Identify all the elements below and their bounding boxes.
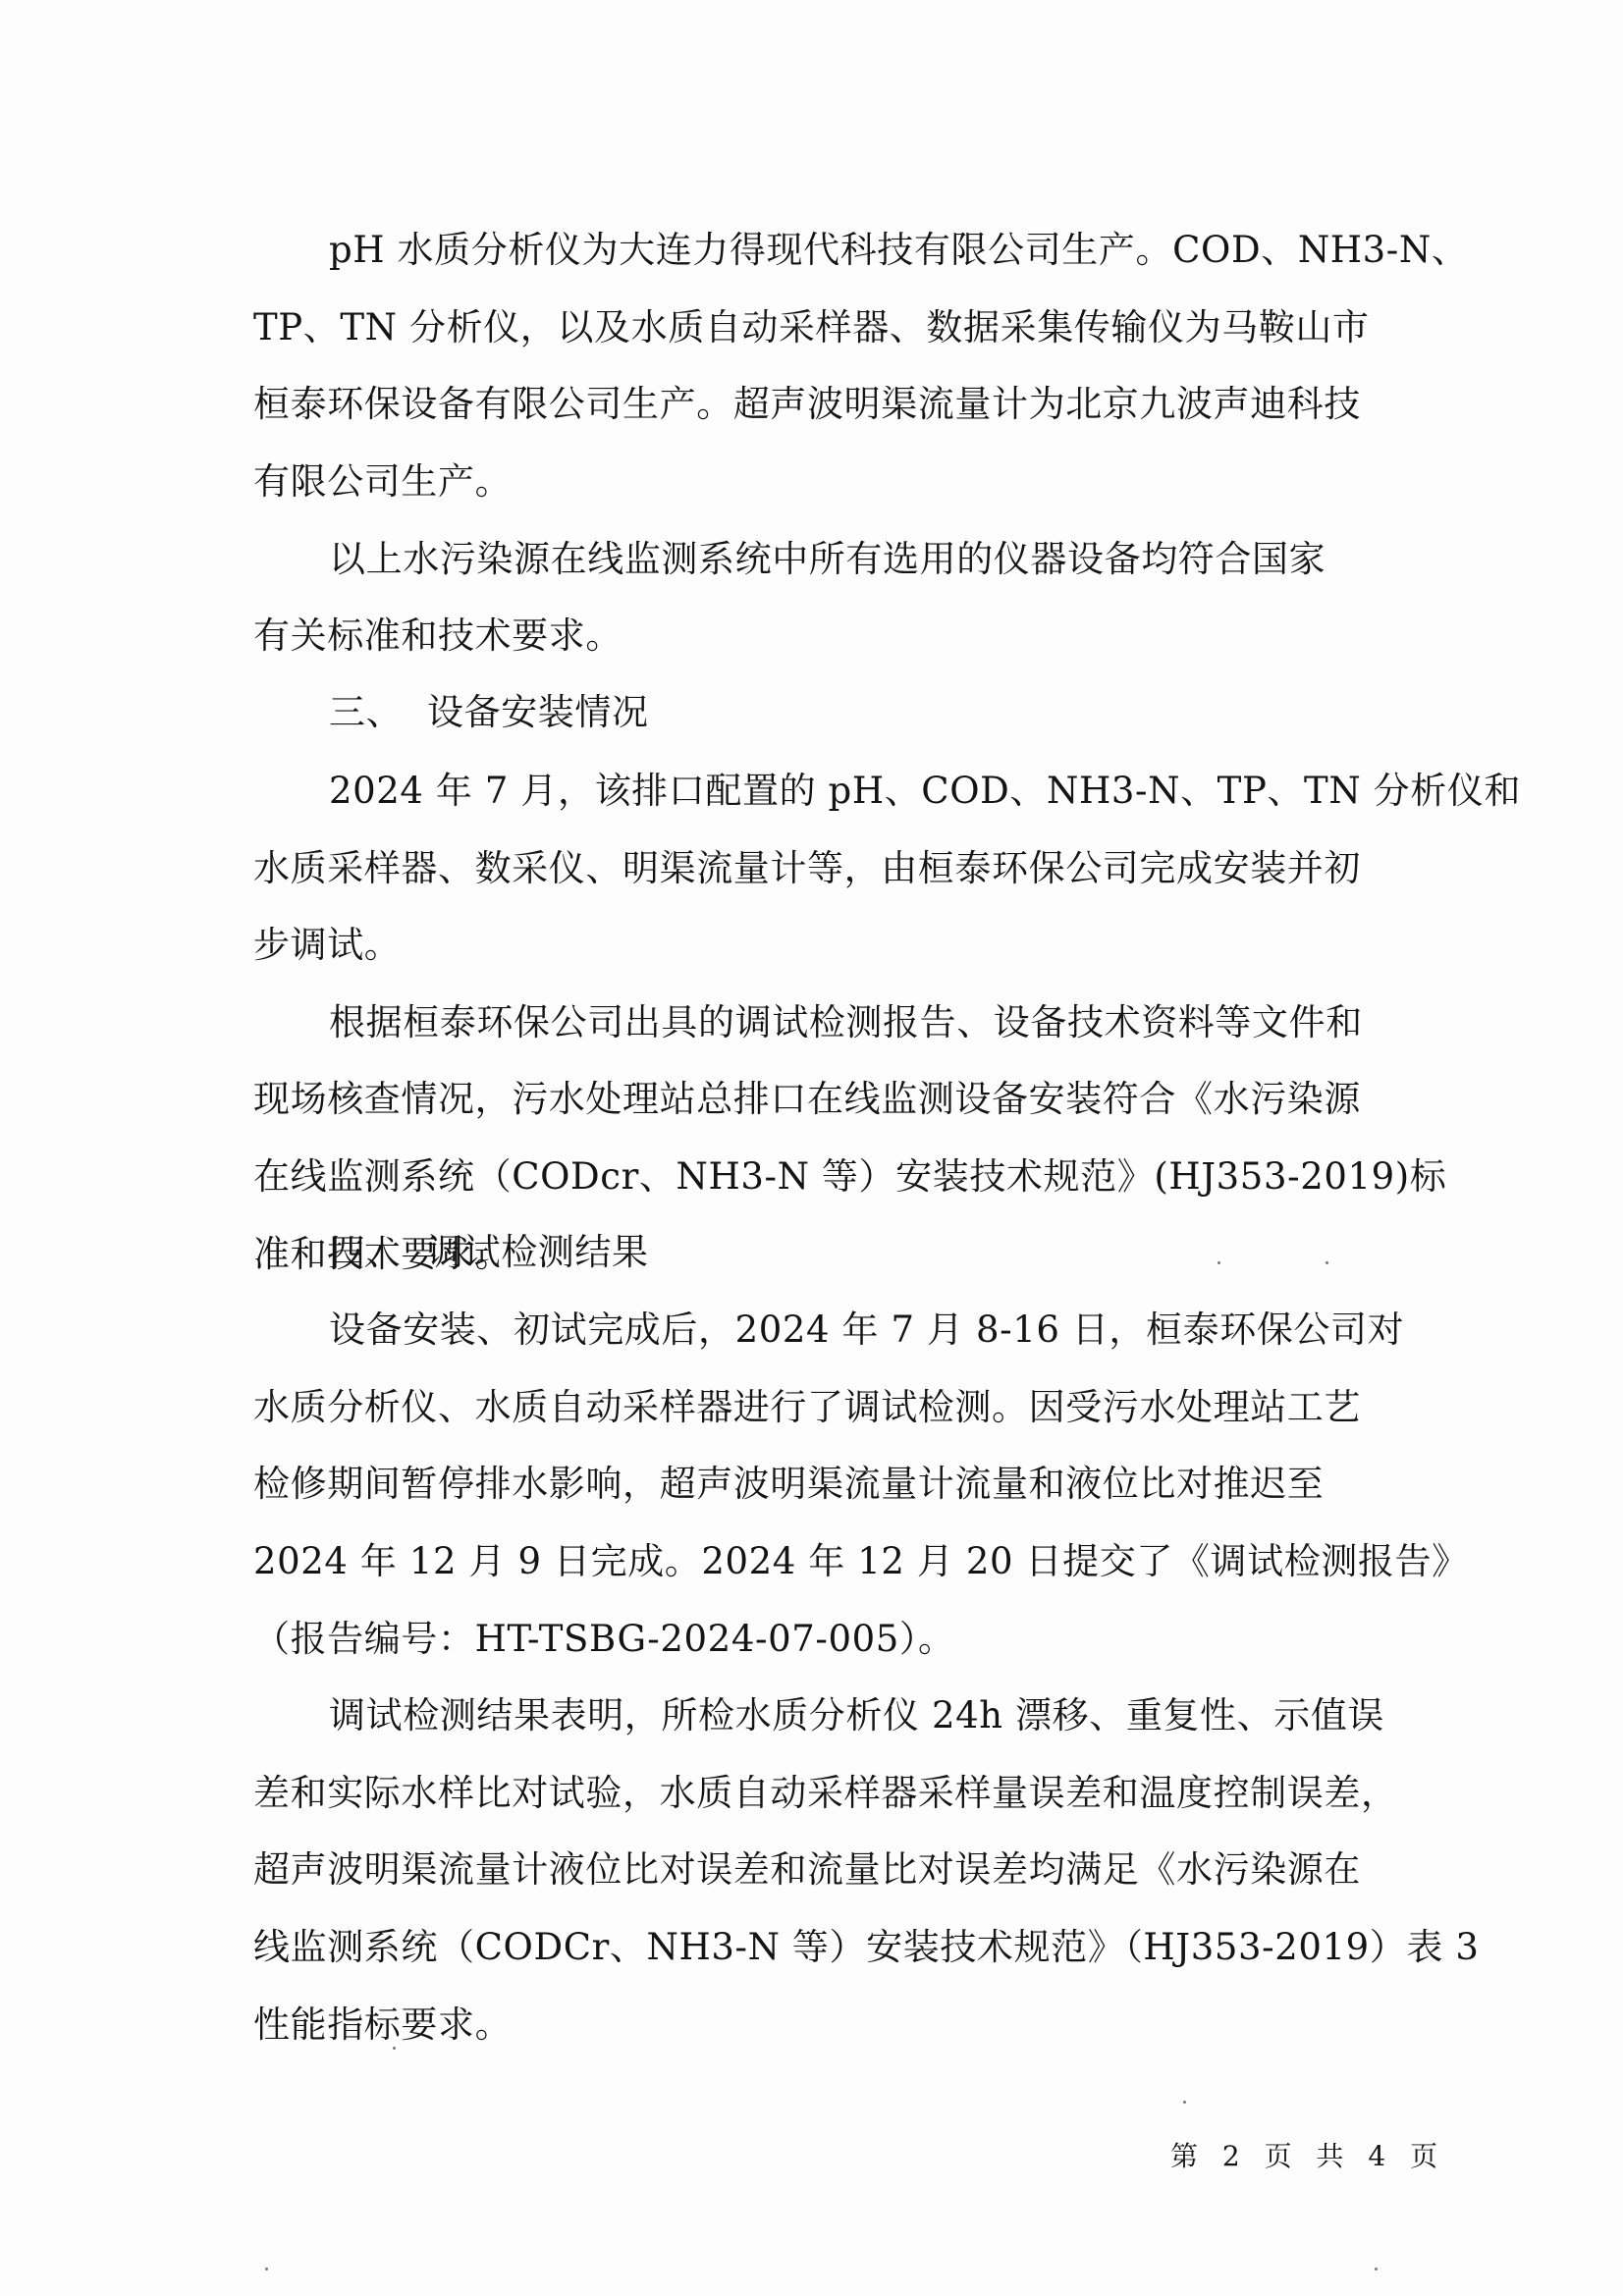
text-line: 现场核查情况，污水处理站总排口在线监测设备安装符合《水污染源 <box>253 1077 1392 1122</box>
section-number: 三、 <box>329 690 427 735</box>
scan-artifact <box>1325 1261 1328 1264</box>
text-line: 根据桓泰环保公司出具的调试检测报告、设备技术资料等文件和 <box>329 1000 1394 1045</box>
text-line: pH 水质分析仪为大连力得现代科技有限公司生产。COD、NH3-N、 <box>329 228 1394 273</box>
text-line: 检修期间暂停排水影响，超声波明渠流量计流量和液位比对推迟至 <box>253 1462 1392 1507</box>
text-line: 以上水污染源在线监测系统中所有选用的仪器设备均符合国家 <box>329 537 1394 582</box>
section-heading-debug-results: 四、调试检测结果 <box>329 1230 1394 1275</box>
document-page: pH 水质分析仪为大连力得现代科技有限公司生产。COD、NH3-N、 TP、TN… <box>0 0 1623 2296</box>
text-line: 差和实际水样比对试验，水质自动采样器采样量误差和温度控制误差， <box>253 1771 1392 1816</box>
scan-artifact <box>1217 1261 1220 1264</box>
text-line: 步调试。 <box>253 923 1392 968</box>
text-line: （报告编号：HT-TSBG-2024-07-005）。 <box>253 1617 1392 1662</box>
text-line: 水质分析仪、水质自动采样器进行了调试检测。因受污水处理站工艺 <box>253 1385 1392 1430</box>
scan-artifact <box>1183 2101 1186 2104</box>
section-number: 四、 <box>329 1230 427 1275</box>
text-line: 2024 年 7 月，该排口配置的 pH、COD、NH3-N、TP、TN 分析仪… <box>329 769 1394 814</box>
text-line: 有关标准和技术要求。 <box>253 614 1392 659</box>
text-line: 水质采样器、数采仪、明渠流量计等，由桓泰环保公司完成安装并初 <box>253 846 1392 891</box>
text-line: 超声波明渠流量计液位比对误差和流量比对误差均满足《水污染源在 <box>253 1847 1392 1893</box>
text-line: TP、TN 分析仪，以及水质自动采样器、数据采集传输仪为马鞍山市 <box>253 305 1392 350</box>
page-number-footer: 第 2 页 共 4 页 <box>1170 2140 1445 2173</box>
text-line: 有限公司生产。 <box>253 459 1392 505</box>
text-line: 设备安装、初试完成后，2024 年 7 月 8-16 日，桓泰环保公司对 <box>329 1308 1394 1353</box>
text-line: 性能指标要求。 <box>253 2002 1392 2048</box>
text-line: 在线监测系统（CODcr、NH3-N 等）安装技术规范》(HJ353-2019)… <box>253 1154 1392 1200</box>
section-title: 调试检测结果 <box>427 1231 649 1273</box>
section-title: 设备安装情况 <box>427 691 649 733</box>
text-line: 调试检测结果表明，所检水质分析仪 24h 漂移、重复性、示值误 <box>329 1693 1394 1738</box>
text-line: 桓泰环保设备有限公司生产。超声波明渠流量计为北京九波声迪科技 <box>253 382 1392 427</box>
scan-artifact <box>1375 2268 1378 2270</box>
scan-artifact <box>393 2047 396 2050</box>
text-line: 2024 年 12 月 9 日完成。2024 年 12 月 20 日提交了《调试… <box>253 1539 1392 1584</box>
section-heading-installation: 三、设备安装情况 <box>329 690 1394 735</box>
text-line: 线监测系统（CODCr、NH3-N 等）安装技术规范》（HJ353-2019）表… <box>253 1925 1392 1970</box>
scan-artifact <box>265 2268 268 2270</box>
